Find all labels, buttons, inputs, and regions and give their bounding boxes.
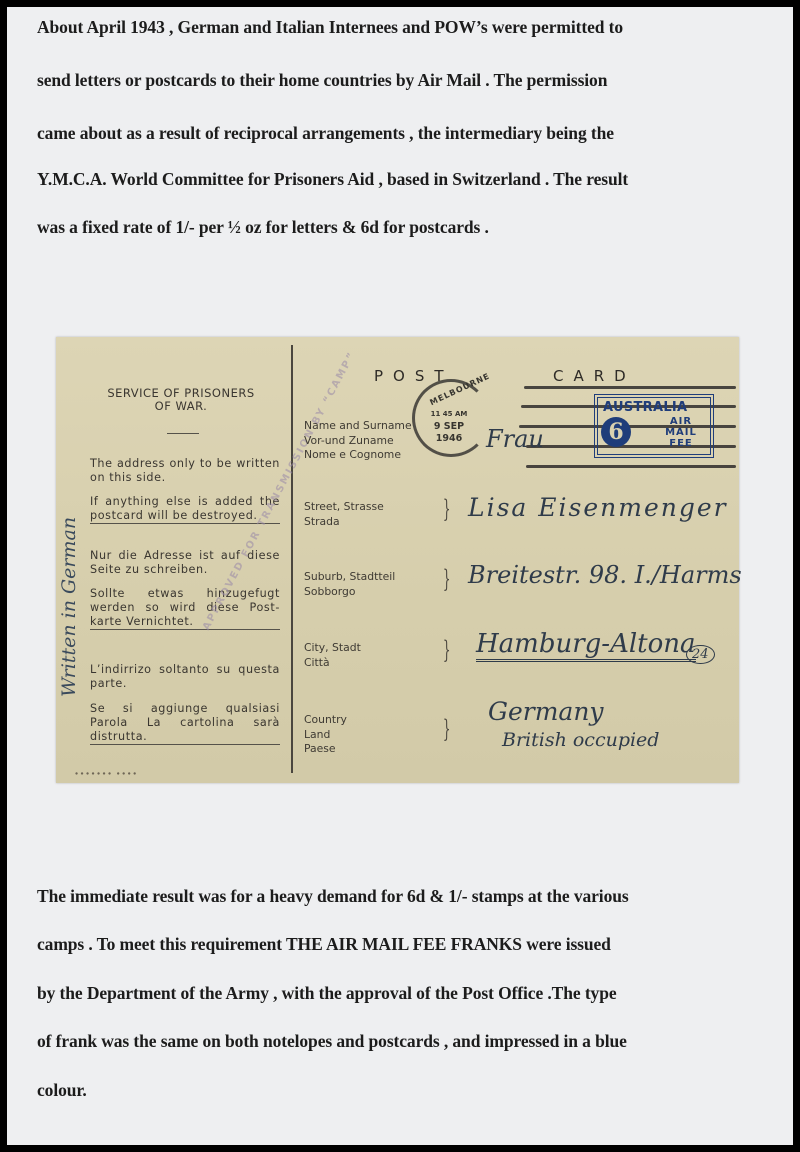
field-value-city: Hamburg-Altona [476,629,696,662]
intro-line: Y.M.C.A. World Committee for Prisoners A… [37,167,628,191]
instruction-en-2: If anything else is added the postcard w… [90,495,280,524]
field-value-suburb: Breitestr. 98. I./Harms [468,561,742,589]
field-label-street: Street, Strasse Strada [304,500,384,529]
field-value-country: Germany [488,697,604,726]
instruction-en-1: The address only to be written on this s… [90,457,280,485]
stamp-value: 6 [601,417,631,447]
air-mail-fee-frank: AUSTRALIA 6 AIR MAIL FEE [594,394,714,458]
brace: } [443,638,451,662]
postmark-year: 1946 [424,433,474,444]
field-value-name: Frau [486,425,544,453]
brace: } [443,497,451,521]
instruction-de-2: Sollte etwas hinzugefugt werden so wird … [90,587,280,630]
field-label-name: Name and Surname Vor-und Zuname Nome e C… [304,419,412,463]
conclusion-line: camps . To meet this requirement THE AIR… [37,932,611,956]
margin-note: Written in German [58,517,80,697]
conclusion-line: by the Department of the Army , with the… [37,981,617,1005]
instruction-it-1: L’indirrizo soltanto su questa parte. [90,663,280,691]
field-label-country: Country Land Paese [304,713,347,757]
pow-postcard: SERVICE OF PRISONERS OF WAR. The address… [56,337,739,783]
card-divider [291,345,293,773]
intro-line: came about as a result of reciprocal arr… [37,121,614,145]
stamp-legend: AIR MAIL FEE [653,416,709,449]
intro-line: About April 1943 , German and Italian In… [37,15,623,39]
brace: } [443,567,451,591]
service-subtitle: OF WAR. [76,400,286,413]
title-rule [167,433,199,434]
postmark-date: 9 SEP [424,421,474,432]
intro-line: send letters or postcards to their home … [37,68,607,92]
conclusion-line: colour. [37,1078,87,1102]
intro-line: was a fixed rate of 1/- per ½ oz for let… [37,215,489,239]
bottom-print: ∙∙∙∙∙∙∙ ∙∙∙∙ [74,769,138,778]
postmark-time: 11 45 AM [424,409,474,420]
brace: } [443,717,451,741]
machine-cancel-line [526,465,736,468]
field-value-zone: British occupied [502,729,659,751]
instruction-it-2: Se si aggiunge qualsiasi Parola La carto… [90,702,280,745]
field-label-city: City, Stadt Città [304,641,361,670]
postal-district: 24 [686,645,715,664]
stamp-country: AUSTRALIA [603,400,687,415]
conclusion-line: of frank was the same on both notelopes … [37,1029,627,1053]
card-heading: CARD [553,367,636,385]
album-page: About April 1943 , German and Italian In… [7,7,793,1145]
conclusion-line: The immediate result was for a heavy dem… [37,884,629,908]
machine-cancel-line [524,386,736,389]
field-label-suburb: Suburb, Stadtteil Sobborgo [304,570,395,599]
field-value-street: Lisa Eisenmenger [468,493,728,522]
